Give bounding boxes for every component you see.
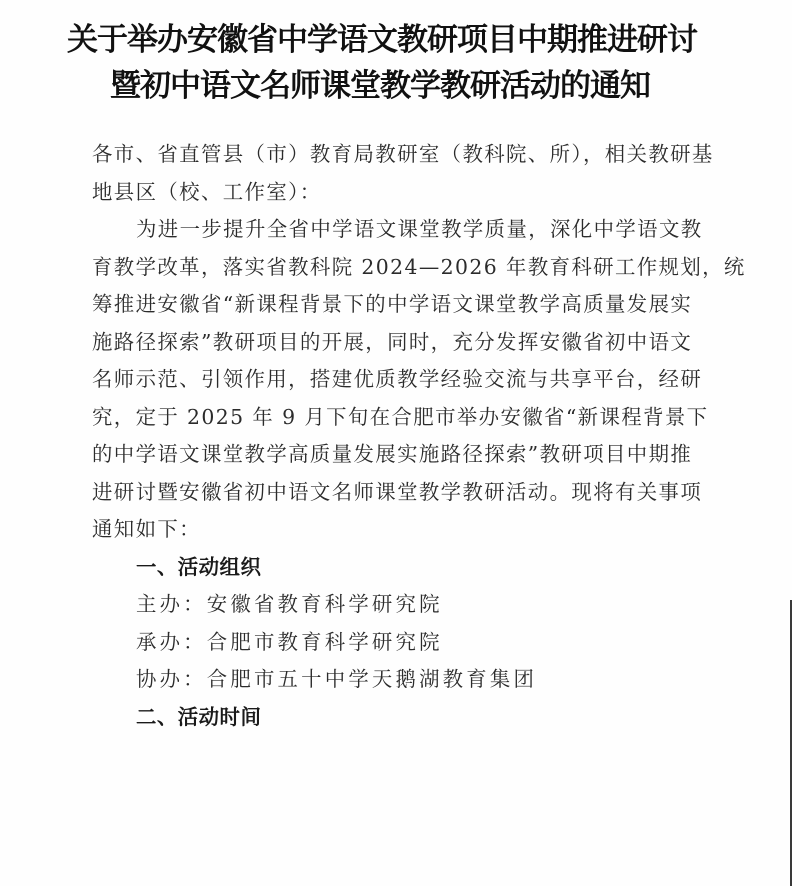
intro-paragraph-line: 名师示范、引领作用，搭建优质教学经验交流与共享平台，经研 [92, 361, 682, 399]
intro-paragraph-line: 的中学语文课堂教学高质量发展实施路径探索”教研项目中期推 [92, 436, 682, 474]
addressee-line: 各市、省直管县（市）教育局教研室（教科院、所），相关教研基 [92, 136, 682, 174]
section-heading-organization: 一、活动组织 [92, 549, 682, 587]
intro-paragraph-line: 通知如下： [92, 511, 682, 549]
organizer-host: 主办：安徽省教育科学研究院 [92, 586, 682, 624]
document-body: 各市、省直管县（市）教育局教研室（教科院、所），相关教研基 地县区（校、工作室）… [92, 136, 682, 736]
intro-paragraph-line: 育教学改革，落实省教科院 2024—2026 年教育科研工作规划，统 [92, 249, 682, 287]
intro-paragraph-line: 究，定于 2025 年 9 月下旬在合肥市举办安徽省“新课程背景下 [92, 399, 682, 437]
document-title-line-1: 关于举办安徽省中学语文教研项目中期推进研讨 [0, 14, 778, 59]
organizer-undertaker: 承办：合肥市教育科学研究院 [92, 624, 682, 662]
intro-paragraph-line: 为进一步提升全省中学语文课堂教学质量，深化中学语文教 [92, 211, 682, 249]
intro-paragraph-line: 施路径探索”教研项目的开展，同时，充分发挥安徽省初中语文 [92, 324, 682, 362]
intro-paragraph-line: 进研讨暨安徽省初中语文名师课堂教学教研活动。现将有关事项 [92, 474, 682, 512]
addressee-line: 地县区（校、工作室）： [92, 174, 682, 212]
section-heading-time: 二、活动时间 [92, 699, 682, 737]
organizer-co-host: 协办：合肥市五十中学天鹅湖教育集团 [92, 661, 682, 699]
document-page: 关于举办安徽省中学语文教研项目中期推进研讨 暨初中语文名师课堂教学教研活动的通知… [0, 0, 792, 886]
intro-paragraph-line: 筹推进安徽省“新课程背景下的中学语文课堂教学高质量发展实 [92, 286, 682, 324]
document-title-line-2: 暨初中语文名师课堂教学教研活动的通知 [0, 60, 776, 105]
